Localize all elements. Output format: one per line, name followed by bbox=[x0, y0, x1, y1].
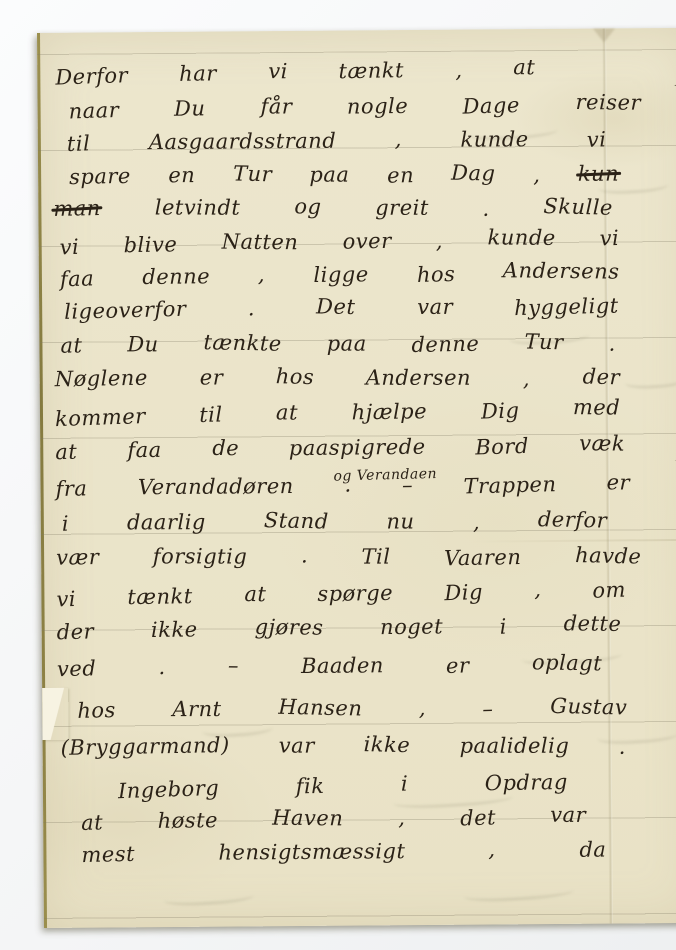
handwritten-line: IngeborgfikiOpdrag bbox=[118, 772, 568, 800]
word: vi bbox=[59, 237, 79, 259]
word: Baaden bbox=[301, 655, 384, 677]
word: letvindt bbox=[155, 198, 241, 219]
word: , bbox=[533, 165, 541, 186]
word: Du bbox=[174, 98, 206, 119]
handwritten-line: manletvindtoggreit.Skulle bbox=[53, 197, 613, 218]
word: . bbox=[301, 545, 309, 566]
word: Dage bbox=[463, 95, 521, 118]
word: paaspigrede bbox=[289, 437, 426, 460]
handwritten-line: spareenTurpaaenDag,kun bbox=[69, 164, 619, 187]
word: Dag bbox=[451, 163, 496, 185]
word: Andersen bbox=[366, 368, 471, 389]
word: forsigtig bbox=[153, 546, 248, 567]
word: – bbox=[228, 655, 239, 676]
word: Dig bbox=[480, 400, 519, 422]
word: får bbox=[260, 96, 292, 117]
word: Det bbox=[316, 296, 356, 318]
word: dette bbox=[564, 613, 622, 635]
handwritten-line: vitænktatspørgeDig,om bbox=[56, 579, 626, 609]
word: at bbox=[55, 442, 78, 464]
word: hos bbox=[416, 264, 455, 286]
word: til bbox=[67, 133, 91, 155]
word: , bbox=[455, 60, 463, 81]
word: naar bbox=[68, 100, 119, 122]
word: – bbox=[402, 475, 413, 496]
word: (Bryggarmand) bbox=[60, 735, 229, 759]
word: tænkt bbox=[338, 60, 404, 82]
word: daarlig bbox=[127, 512, 206, 533]
handwritten-line: hosArntHansen,–Gustav bbox=[77, 698, 627, 721]
word: Opdrag bbox=[485, 772, 568, 794]
word: er bbox=[200, 368, 223, 389]
word: tænkte bbox=[203, 332, 282, 355]
handwritten-line: derikkegjøresnogetidette bbox=[57, 614, 622, 642]
word: , bbox=[398, 808, 405, 829]
word: Tur bbox=[524, 332, 564, 354]
letter-page: og Verandaen Derforharvitænkt,atnaarDufå… bbox=[37, 28, 676, 928]
word: vær bbox=[56, 547, 99, 569]
word: det bbox=[460, 807, 496, 829]
word: var bbox=[417, 297, 453, 318]
word: at bbox=[60, 335, 82, 356]
word: Derfor bbox=[55, 65, 128, 88]
word: – bbox=[483, 699, 494, 720]
word: , bbox=[472, 512, 480, 533]
word: kunde bbox=[460, 129, 528, 151]
word: Aasgaardsstrand bbox=[149, 131, 337, 153]
word: i bbox=[401, 774, 408, 795]
word: ligge bbox=[313, 264, 369, 286]
handwritten-line: (Bryggarmand)varikkepaalidelig. bbox=[61, 735, 626, 756]
word: der bbox=[56, 621, 94, 643]
word: oplagt bbox=[532, 652, 603, 674]
word: over bbox=[343, 231, 392, 253]
word: Du bbox=[127, 334, 158, 355]
word: . bbox=[344, 475, 352, 496]
word: ligeoverfor bbox=[64, 299, 187, 323]
word: hensigtsmæssigt bbox=[218, 841, 405, 863]
word: vi bbox=[600, 228, 620, 250]
word: ved bbox=[57, 658, 97, 680]
handwritten-line: fraVerandadøren.–Trappener bbox=[55, 473, 630, 499]
handwritten-line: ved.–Baadeneroplagt bbox=[57, 654, 602, 679]
word: høste bbox=[158, 810, 219, 832]
word: ikke bbox=[364, 734, 411, 756]
word: er bbox=[446, 655, 470, 677]
word: denne bbox=[411, 334, 479, 356]
word: Natten bbox=[222, 232, 299, 254]
word: faa bbox=[127, 440, 162, 461]
word: i bbox=[500, 617, 508, 638]
handwritten-line: kommertilathjælpeDigmed bbox=[55, 398, 620, 428]
word: Trappen bbox=[463, 474, 556, 497]
word: Haven bbox=[272, 808, 343, 830]
word: paa bbox=[309, 165, 349, 186]
word: at bbox=[276, 402, 298, 423]
word: vi bbox=[56, 589, 76, 611]
word: tænkt bbox=[127, 586, 193, 608]
word: denne bbox=[142, 266, 210, 288]
word: havde bbox=[575, 545, 642, 568]
word: at bbox=[244, 584, 266, 605]
word: man bbox=[53, 198, 101, 220]
word: Stand bbox=[264, 510, 329, 532]
word: hos bbox=[77, 700, 116, 722]
word: de bbox=[212, 438, 239, 459]
word: var bbox=[279, 736, 315, 757]
word: blive bbox=[123, 234, 177, 256]
word: der bbox=[582, 366, 620, 388]
word: . bbox=[618, 737, 626, 758]
word: , bbox=[419, 698, 426, 719]
word: , bbox=[489, 839, 497, 860]
word: Vaaren bbox=[444, 547, 522, 569]
word: gjøres bbox=[254, 617, 323, 639]
word: nogle bbox=[347, 96, 409, 118]
word: spare bbox=[69, 166, 131, 188]
word: i bbox=[62, 514, 70, 535]
word: Tur bbox=[233, 164, 273, 186]
handwritten-line: mesthensigtsmæssigt,da bbox=[81, 840, 606, 865]
handwritten-line: faadenne,liggehosAndersens bbox=[60, 261, 620, 289]
word: med bbox=[573, 397, 620, 418]
word: hjælpe bbox=[352, 401, 428, 423]
word: kommer bbox=[55, 406, 146, 430]
word: og bbox=[294, 196, 322, 218]
word: Til bbox=[362, 547, 391, 568]
handwritten-line: Derforharvitænkt,at bbox=[55, 58, 535, 87]
word: en bbox=[168, 165, 195, 186]
word: reiser bbox=[575, 92, 641, 114]
word: , bbox=[258, 265, 265, 286]
word: Gustav bbox=[550, 696, 627, 719]
word: Andersens bbox=[503, 260, 620, 282]
handwritten-line: atfaadepaaspigredeBordvæk bbox=[55, 434, 625, 462]
word: Ingeborg bbox=[118, 778, 220, 802]
word: væk bbox=[579, 433, 625, 455]
word: var bbox=[550, 805, 586, 826]
word: paalidelig bbox=[460, 736, 570, 757]
word: hos bbox=[275, 366, 314, 388]
word: derfor bbox=[537, 509, 607, 531]
handwritten-line: naarDufårnogleDagereiser bbox=[68, 93, 640, 121]
word: fik bbox=[296, 776, 325, 797]
handwritten-line: tilAasgaardsstrand,kundevi bbox=[67, 129, 607, 154]
word: , bbox=[395, 129, 403, 150]
word: , bbox=[534, 579, 541, 600]
word: greit bbox=[375, 198, 429, 219]
word: vi bbox=[587, 129, 607, 150]
word: noget bbox=[380, 616, 443, 638]
word: til bbox=[199, 405, 223, 426]
word: faa bbox=[60, 268, 95, 290]
word: ikke bbox=[151, 619, 198, 641]
word: nu bbox=[386, 511, 414, 532]
word: at bbox=[513, 57, 535, 78]
word: . bbox=[158, 657, 165, 678]
handwritten-line: vibliveNattenover,kundevi bbox=[60, 227, 620, 257]
word: at bbox=[81, 812, 104, 834]
word: en bbox=[387, 165, 414, 187]
word: . bbox=[248, 298, 255, 319]
word: Hansen bbox=[278, 697, 363, 720]
word: Arnt bbox=[172, 699, 221, 720]
handwriting-layer: og Verandaen Derforharvitænkt,atnaarDufå… bbox=[37, 28, 676, 928]
word: , bbox=[436, 231, 444, 252]
word: kunde bbox=[487, 227, 555, 249]
word: paa bbox=[327, 334, 367, 355]
word: kun bbox=[578, 164, 619, 185]
word: mest bbox=[81, 844, 135, 866]
word: da bbox=[579, 840, 606, 861]
scan-background: og Verandaen Derforharvitænkt,atnaarDufå… bbox=[0, 0, 676, 950]
word: . bbox=[608, 334, 616, 355]
handwritten-line: værforsigtig.TilVaarenhavde bbox=[56, 546, 641, 568]
word: . bbox=[483, 199, 491, 220]
word: om bbox=[592, 580, 626, 602]
word: , bbox=[523, 369, 531, 390]
handwritten-line: NøgleneerhosAndersen,der bbox=[55, 367, 620, 388]
word: fra bbox=[55, 478, 87, 500]
word: Dig bbox=[444, 582, 483, 604]
word: spørge bbox=[317, 583, 393, 605]
handwritten-line: ligeoverfor.Detvarhyggeligt bbox=[64, 295, 619, 320]
word: Verandadøren bbox=[138, 476, 294, 498]
handwritten-line: idaarligStandnu,derfor bbox=[62, 511, 607, 534]
word: vi bbox=[268, 61, 288, 82]
word: hyggeligt bbox=[514, 296, 619, 320]
word: er bbox=[607, 472, 631, 493]
word: har bbox=[179, 63, 217, 85]
word: Skulle bbox=[544, 196, 614, 219]
word: Nøglene bbox=[55, 368, 148, 391]
word: Bord bbox=[475, 436, 529, 459]
handwritten-line: athøsteHaven,detvar bbox=[81, 806, 586, 833]
handwritten-line: atDutænktepaadenneTur. bbox=[60, 333, 615, 356]
